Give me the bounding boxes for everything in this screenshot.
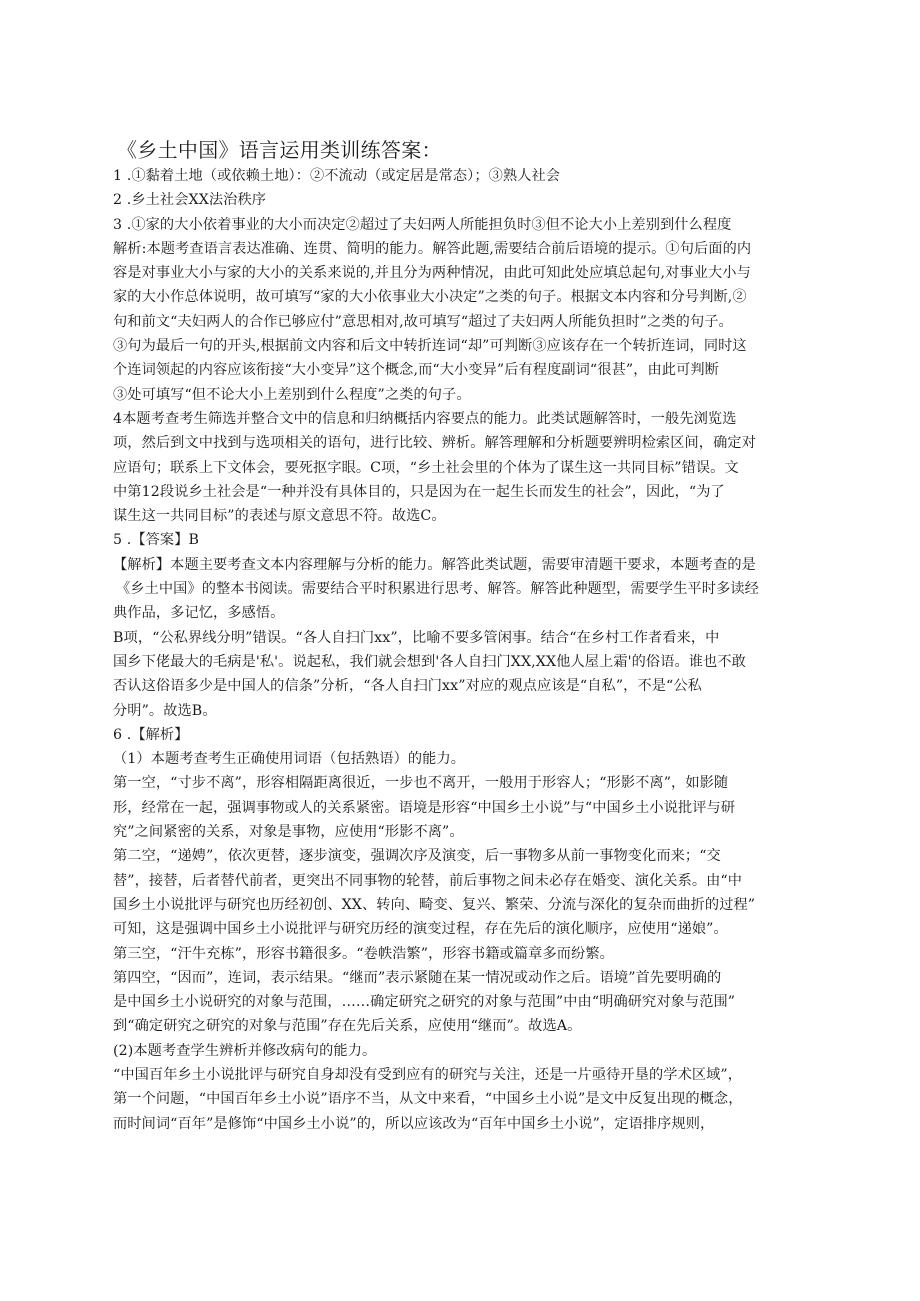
analysis-6-line: （1）本题考查考生正确使用词语（包括熟语）的能力。 <box>113 747 818 771</box>
answer-2-line: 2 .乡土社会XX法治秩序 <box>113 188 818 212</box>
analysis-6-line: 第二空，“递娉”，依次更替，逐步演变，强调次序及演变，后一事物多从前一事物变化而… <box>113 844 818 868</box>
answer-1-line: 1 .①黏着土地（或依赖土地）：②不流动（或定居是常态）；③熟人社会 <box>113 164 818 188</box>
analysis-6-line: 形，经常在一起，强调事物或人的关系紧密。语境是形容“中国乡土小说”与“中国乡土小… <box>113 796 818 820</box>
analysis-6-line: 而时间词“百年”是修饰“中国乡土小说”的，所以应该改为“百年中国乡土小说”，定语… <box>113 1112 818 1136</box>
analysis-6-line: 是中国乡土小说研究的对象与范围，……确定研究之研究的对象与范围”中由“明确研究对… <box>113 990 818 1014</box>
answer-4-line: 中第12段说乡土社会是“一种并没有具体目的，只是因为在一起生长而发生的社会”，因… <box>113 480 818 504</box>
analysis-6-line: 第一空，“寸步不离”，形容相隔距离很近，一步也不离开，一般用于形容人；“形影不离… <box>113 771 818 795</box>
analysis-5-line: B项，“公私界线分明”错误。“各人自扫门xx”，比喻不要多管闲事。结合“在乡村工… <box>113 626 818 650</box>
analysis-5-line: 国乡下佬最大的毛病是'私'。说起私，我们就会想到'各人自扫门XX,XX他人屋上霜… <box>113 650 818 674</box>
answer-3-line: 3 .①家的大小依着事业的大小而决定②超过了夫妇两人所能担负时③但不论大小上差别… <box>113 213 818 237</box>
analysis-3-line: 容是对事业大小与家的大小的关系来说的,并且分为两种情况，由此可知此处应填总起句,… <box>113 261 818 285</box>
analysis-6-line: 第四空，“因而”，连词，表示结果。“继而”表示紧随在某一情况或动作之后。语境”首… <box>113 966 818 990</box>
analysis-5-line: 否认这俗语多少是中国人的信条”分析，“各人自扫门xx”对应的观点应该是“自私”，… <box>113 674 818 698</box>
answer-body: 1 .①黏着土地（或依赖土地）：②不流动（或定居是常态）；③熟人社会 2 .乡土… <box>113 164 818 1136</box>
analysis-6-line: (2)本题考查学生辨析并修改病句的能力。 <box>113 1039 818 1063</box>
analysis-6-line: “中国百年乡土小说批评与研究自身却没有受到应有的研究与关注，还是一片亟待开垦的学… <box>113 1063 818 1087</box>
answer-4-line: 谋生这一共同目标”的表述与原文意思不符。故选C。 <box>113 504 818 528</box>
analysis-6-line: 替”，接替，后者替代前者，更突出不同事物的轮替，前后事物之间未必存在婚变、演化关… <box>113 869 818 893</box>
analysis-6-line: 第一个问题，“中国百年乡土小说”语序不当，从文中来看，“中国乡土小说”是文中反复… <box>113 1087 818 1111</box>
analysis-3-line: 解析:本题考查语言表达准确、连贯、简明的能力。解答此题,需要结合前后语境的提示。… <box>113 237 818 261</box>
analysis-6-line: 国乡土小说批评与研究也历经初创、XX、转向、畸变、复兴、繁荣、分流与深化的复杂而… <box>113 893 818 917</box>
answer-4-line: 应语句；联系上下文体会，要死抠字眼。C项，“乡土社会里的个体为了谋生这一共同目标… <box>113 456 818 480</box>
answer-4-line: 4本题考查考生筛选并整合文中的信息和归纳概括内容要点的能力。此类试题解答时，一般… <box>113 407 818 431</box>
analysis-3-line: ③句为最后一句的开头,根据前文内容和后文中转折连词“却”可判断③应该存在一个转折… <box>113 334 818 358</box>
analysis-3-line: 家的大小作总体说明，故可填写“家的大小依事业大小决定”之类的句子。根据文本内容和… <box>113 285 818 309</box>
analysis-5-line: 分明”。故选B。 <box>113 699 818 723</box>
analysis-3-line: ③处可填写“但不论大小上差别到什么程度”之类的句子。 <box>113 383 818 407</box>
document-page: 《乡土中国》语言运用类训练答案： 1 .①黏着土地（或依赖土地）：②不流动（或定… <box>113 136 818 1136</box>
analysis-6-line: 可知，这是强调中国乡土小说批评与研究历经的演变过程，存在先后的演化顺序，应使用“… <box>113 917 818 941</box>
analysis-6-line: 到“确定研究之研究的对象与范围”存在先后关系，应使用“继而”。故选A。 <box>113 1014 818 1038</box>
analysis-6-line: 究”之间紧密的关系，对象是事物，应使用“形影不离”。 <box>113 820 818 844</box>
document-title: 《乡土中国》语言运用类训练答案： <box>117 136 818 164</box>
answer-6-line: 6 .【解析】 <box>113 723 818 747</box>
analysis-3-line: 个连词领起的内容应该衔接“大小变异”这个概念,而“大小变异”后有程度副词“很甚”… <box>113 358 818 382</box>
analysis-3-line: 句和前文“夫妇两人的合作已够应付”意思相对,故可填写“超过了夫妇两人所能负担时”… <box>113 310 818 334</box>
analysis-6-line: 第三空，“汗牛充栋”，形容书籍很多。“卷帙浩繁”，形容书籍或篇章多而纷繁。 <box>113 942 818 966</box>
analysis-5-line: 典作品，多记忆，多感悟。 <box>113 601 818 625</box>
analysis-5-line: 《乡土中国》的整本书阅读。需要结合平时积累进行思考、解答。解答此种题型，需要学生… <box>113 577 818 601</box>
answer-4-line: 项，然后到文中找到与选项相关的语句，进行比较、辨析。解答理解和分析题要辨明检索区… <box>113 431 818 455</box>
answer-5-line: 5 .【答案】B <box>113 528 818 552</box>
analysis-5-line: 【解析】本题主要考查文本内容理解与分析的能力。解答此类试题，需要审清题干要求，本… <box>113 553 818 577</box>
